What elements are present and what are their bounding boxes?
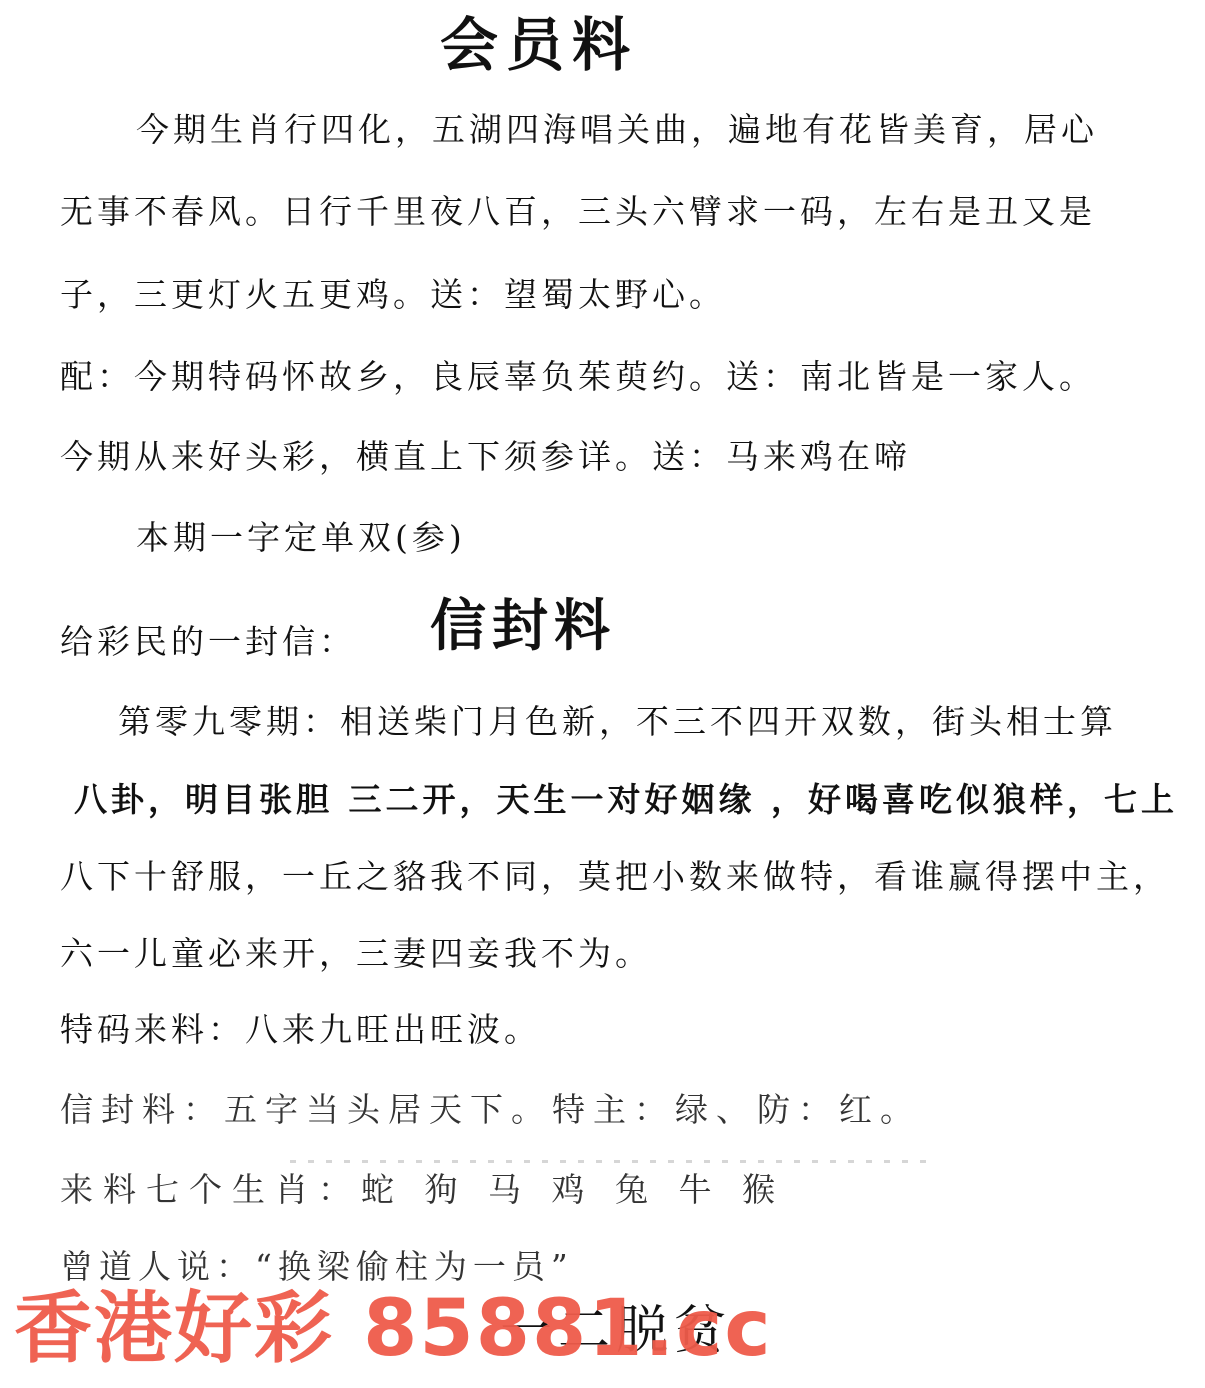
- zodiac-line: 来料七个生肖：蛇 狗 马 鸡 兔 牛 猴: [60, 1170, 785, 1210]
- site-watermark: 香港好彩 85881.cc: [14, 1284, 773, 1374]
- member-line-3: 子，三更灯火五更鸡。送：望蜀太野心。: [60, 275, 726, 315]
- taoist-quote-line: 曾道人说：“换梁偷柱为一员”: [60, 1247, 574, 1287]
- envelope-section-title: 信封料: [430, 592, 616, 662]
- member-line-pairing: 配：今期特码怀故乡，良辰辜负茱萸约。送：南北皆是一家人。: [60, 357, 1096, 397]
- member-line-1: 今期生肖行四化，五湖四海唱关曲，遍地有花皆美育，居心: [136, 110, 1098, 150]
- member-line-2: 无事不春风。日行千里夜八百，三头六臂求一码，左右是丑又是: [60, 192, 1096, 232]
- letter-to-players-label: 给彩民的一封信：: [60, 622, 356, 662]
- special-code-line: 特码来料：八来九旺出旺波。: [60, 1010, 541, 1050]
- scan-artifact: [290, 1160, 930, 1163]
- member-line-odd-even: 本期一字定单双(参): [136, 518, 466, 558]
- envelope-line-3: 八下十舒服，一丘之貉我不同，莫把小数来做特，看谁赢得摆中主，: [60, 857, 1170, 897]
- envelope-material-line: 信封料：五字当头居天下。特主：绿、防：红。: [60, 1090, 921, 1130]
- member-line-5: 今期从来好头彩，横直上下须参详。送：马来鸡在啼: [60, 437, 911, 477]
- member-section-title: 会员料: [440, 10, 638, 80]
- envelope-line-1: 第零九零期：相送柴门月色新，不三不四开双数，街头相士算: [118, 702, 1117, 742]
- envelope-line-4: 六一儿童必来开，三妻四妾我不为。: [60, 934, 652, 974]
- envelope-line-2: 八卦，明目张胆 三二开，天生一对好姻缘 ，好喝喜吃似狼样，七上: [74, 780, 1178, 820]
